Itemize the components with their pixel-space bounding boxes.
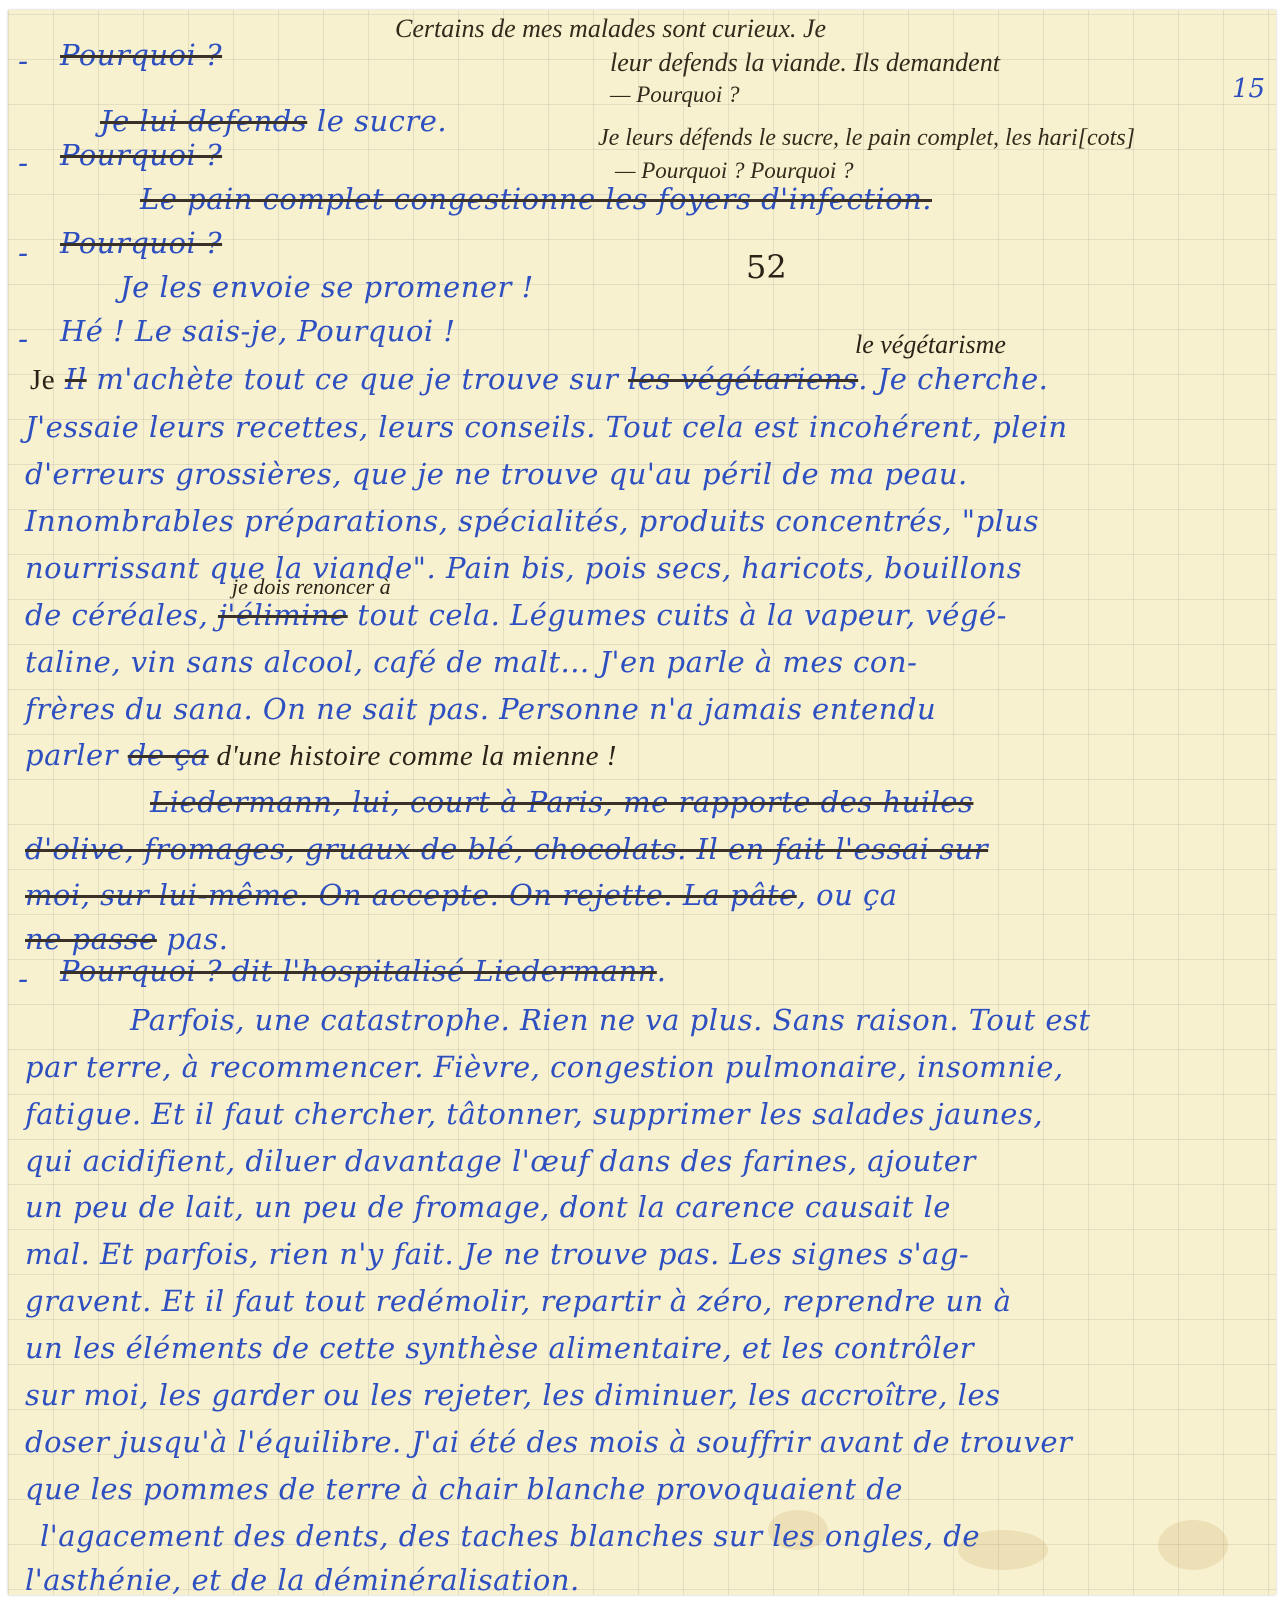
margin-note-line: Je leurs défends le sucre, le pain compl…	[598, 125, 1135, 152]
correction-text: Je	[30, 364, 55, 396]
manuscript-line: nourrissant que la viande". Pain bis, po…	[25, 551, 1022, 585]
margin-note-line: — Pourquoi ?	[610, 82, 740, 108]
manuscript-line: fatigue. Et il faut chercher, tâtonner, …	[25, 1097, 1043, 1131]
margin-note-line: — Pourquoi ? Pourquoi ?	[615, 158, 854, 184]
dialogue-dash: -	[18, 322, 28, 357]
manuscript-line: parler de ça d'une histoire comme la mie…	[25, 738, 617, 773]
struck-text: de ça	[128, 738, 209, 772]
manuscript-line: de céréales, j'élimine tout cela. Légume…	[25, 598, 1007, 632]
line-text: parler	[25, 738, 118, 772]
manuscript-line: Pourquoi ?	[60, 138, 222, 172]
manuscript-line: Parfois, une catastrophe. Rien ne va plu…	[130, 1003, 1091, 1037]
margin-note-line: leur defends la viande. Ils demandent	[610, 48, 1000, 78]
page-number: 15	[1232, 74, 1265, 104]
insertion-note: le végétarisme	[855, 330, 1006, 360]
struck-text: Il	[65, 362, 87, 396]
margin-note-line: Certains de mes malades sont curieux. Je	[395, 14, 826, 44]
manuscript-line: l'asthénie, et de la déminéralisation.	[25, 1563, 580, 1597]
insertion-note: je dois renoncer à	[232, 574, 391, 600]
line-text: .	[657, 954, 667, 988]
dialogue-dash: -	[18, 236, 28, 271]
manuscript-line: qui acidifient, diluer davantage l'œuf d…	[25, 1144, 976, 1178]
dialogue-dash: -	[18, 962, 28, 997]
struck-text: Je lui defends	[100, 104, 307, 138]
manuscript-line: Innombrables préparations, spécialités, …	[25, 504, 1039, 538]
line-text: tout cela. Légumes cuits à la vapeur, vé…	[348, 598, 1007, 632]
struck-text: ne passe	[25, 922, 157, 956]
manuscript-line: l'agacement des dents, des taches blanch…	[40, 1519, 980, 1553]
folio-mark: 52	[746, 248, 787, 286]
manuscript-line: Pourquoi ?	[60, 38, 222, 72]
manuscript-line: Liedermann, lui, court à Paris, me rappo…	[150, 785, 973, 819]
manuscript-line: Pourquoi ? dit l'hospitalisé Liedermann.	[60, 954, 667, 988]
manuscript-line: Le pain complet congestionne les foyers …	[140, 182, 932, 216]
struck-text: j'élimine	[218, 598, 348, 632]
dialogue-dash: -	[18, 146, 28, 181]
struck-text: les végétariens	[628, 362, 858, 396]
manuscript-line: sur moi, les garder ou les rejeter, les …	[25, 1378, 1001, 1412]
manuscript-line: Je les envoie se promener !	[120, 270, 534, 304]
manuscript-line: par terre, à recommencer. Fièvre, conges…	[25, 1050, 1064, 1084]
line-text: pas.	[157, 922, 229, 956]
manuscript-line: ne passe pas.	[25, 922, 229, 956]
line-text: m'achète tout ce que je trouve sur	[96, 362, 618, 396]
manuscript-line: mal. Et parfois, rien n'y fait. Je ne tr…	[25, 1237, 969, 1271]
manuscript-line: taline, vin sans alcool, café de malt...…	[25, 645, 917, 679]
manuscript-line: frères du sana. On ne sait pas. Personne…	[25, 692, 936, 726]
manuscript-line: un les éléments de cette synthèse alimen…	[25, 1331, 974, 1365]
manuscript-line: Je lui defends le sucre.	[100, 104, 447, 138]
manuscript-line: gravent. Et il faut tout redémolir, repa…	[25, 1284, 1011, 1318]
struck-text: moi, sur lui-même. On accepte. On rejett…	[25, 878, 797, 912]
manuscript-line: d'erreurs grossières, que je ne trouve q…	[25, 457, 968, 491]
correction-text: d'une histoire comme la mienne !	[209, 740, 617, 772]
line-text: , ou ça	[797, 878, 898, 912]
paper-stain	[1158, 1520, 1228, 1570]
manuscript-line: moi, sur lui-même. On accepte. On rejett…	[25, 878, 898, 912]
manuscript-line: Hé ! Le sais-je, Pourquoi !	[60, 314, 456, 348]
dialogue-dash: -	[18, 44, 28, 79]
manuscript-line: J'essaie leurs recettes, leurs conseils.…	[25, 410, 1068, 444]
line-text: . Je cherche.	[858, 362, 1048, 396]
line-text: de céréales,	[25, 598, 208, 632]
manuscript-line: doser jusqu'à l'équilibre. J'ai été des …	[25, 1425, 1072, 1459]
manuscript-line: Pourquoi ?	[60, 226, 222, 260]
struck-text: Pourquoi ? dit l'hospitalisé Liedermann	[60, 954, 657, 988]
manuscript-line: un peu de lait, un peu de fromage, dont …	[25, 1190, 951, 1224]
manuscript-line: d'olive, fromages, gruaux de blé, chocol…	[25, 832, 988, 866]
manuscript-line: que les pommes de terre à chair blanche …	[25, 1472, 903, 1506]
manuscript-line: Je Il m'achète tout ce que je trouve sur…	[30, 362, 1048, 397]
